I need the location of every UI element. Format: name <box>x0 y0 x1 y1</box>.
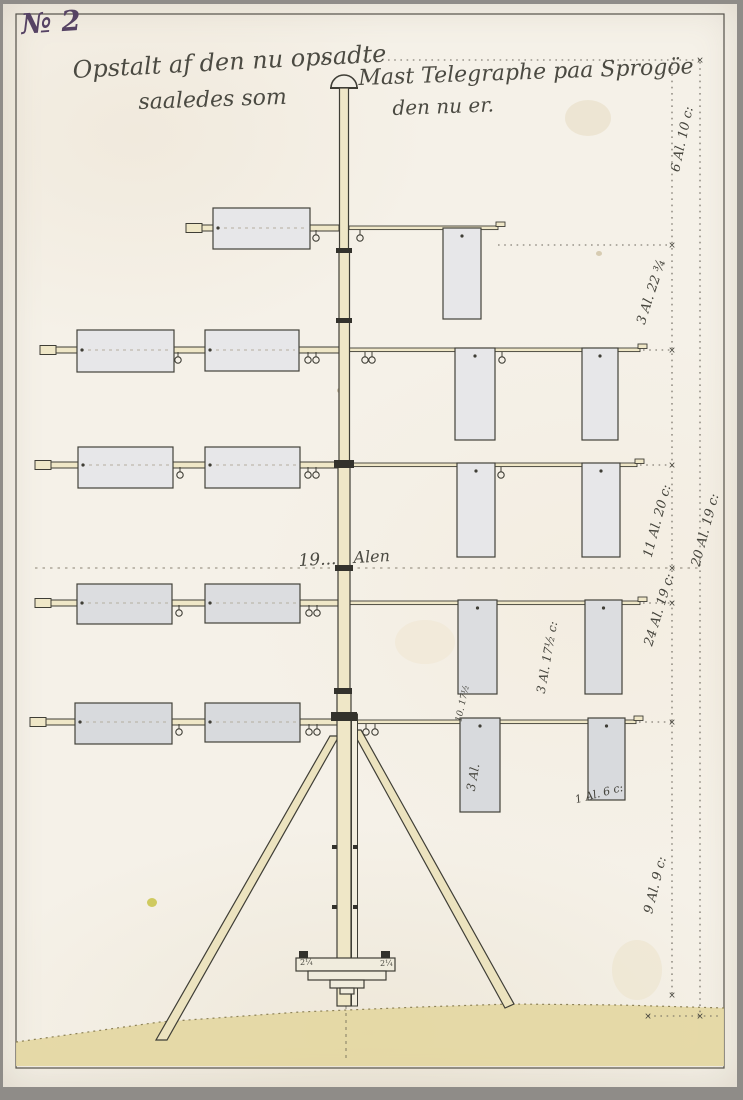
base-block <box>299 951 308 958</box>
halyard-ring <box>314 729 320 735</box>
board-pivot-dot <box>473 354 476 357</box>
crossarm-left-tip-level-2 <box>40 346 56 355</box>
title-line2-left: saaledes som <box>138 85 287 115</box>
signal-board-hanging <box>585 600 622 694</box>
sheet-number: № 2 <box>20 4 82 41</box>
signal-board-hanging <box>457 463 495 557</box>
board-pivot-dot <box>80 348 83 351</box>
halyard-ring <box>313 472 319 478</box>
mast-iron-band <box>335 565 353 571</box>
halyard-ring <box>175 357 181 363</box>
measurement-annotation: 11 Al. 20 c: <box>641 483 675 559</box>
crossarm-right-hook-level-3 <box>635 459 644 464</box>
board-pivot-dot <box>599 469 602 472</box>
board-pivot-dot <box>602 606 605 609</box>
halyard-ring <box>306 729 312 735</box>
board-pivot-dot <box>598 354 601 357</box>
signal-board-horizontal <box>77 584 172 624</box>
mast-iron-band <box>334 688 352 694</box>
ground-wash <box>16 1004 724 1066</box>
mast-bracket <box>331 712 357 721</box>
board-pivot-dot <box>478 724 481 727</box>
mast-iron-band <box>336 318 352 323</box>
mast-iron-band <box>336 248 352 253</box>
support-leg-left <box>156 736 339 1040</box>
mast-iron-band <box>334 460 354 468</box>
board-pivot-dot <box>474 469 477 472</box>
measure-x-mark: × <box>668 718 676 728</box>
board-pivot-dot <box>605 724 608 727</box>
height-note-19: 19... <box>298 549 337 571</box>
measure-x-mark: × <box>668 461 676 471</box>
measure-x-mark: × <box>696 1012 704 1022</box>
board-pivot-dot <box>78 720 81 723</box>
base-foot <box>340 988 354 994</box>
signal-board-hanging <box>582 348 618 440</box>
measure-x-mark: × <box>668 346 676 356</box>
signal-board-horizontal <box>77 330 174 372</box>
halyard-ring <box>313 357 319 363</box>
board-pivot-dot <box>476 606 479 609</box>
halyard-ring <box>176 729 182 735</box>
measure-x-mark: × <box>696 56 704 66</box>
board-pivot-dot <box>208 601 211 604</box>
board-pivot-dot <box>81 463 84 466</box>
base-block <box>381 951 390 958</box>
signal-board-hanging <box>455 348 495 440</box>
halyard-ring <box>369 357 375 363</box>
halyard-ring <box>313 235 319 241</box>
measurement-annotation: 3 Al. 17½ c: <box>534 620 560 694</box>
base-foot <box>330 980 364 988</box>
title-line2-right: den nu er. <box>392 92 494 120</box>
halyard-ring <box>499 357 505 363</box>
signal-board-hanging <box>582 463 620 557</box>
crossarm-right-hook-level-4 <box>638 597 647 602</box>
crossarm-right-hook-level-2 <box>638 344 647 349</box>
base-mark-left: 2¼ <box>300 958 313 967</box>
halyard-ring <box>362 357 368 363</box>
measurement-annotation: 20 Al. 19 c: <box>688 492 722 569</box>
mast-shaft <box>339 252 350 465</box>
board-pivot-dot <box>460 234 463 237</box>
signal-board-hanging <box>443 228 481 319</box>
signal-board-horizontal <box>75 703 172 744</box>
mast-cleat <box>332 845 337 849</box>
height-note-alen: Alen <box>353 546 390 567</box>
board-pivot-dot <box>80 601 83 604</box>
board-pivot-dot <box>216 226 219 229</box>
measure-x-mark: × <box>668 991 676 1001</box>
base-step <box>308 971 386 980</box>
crossarm-left-tip-level-3 <box>35 461 51 470</box>
halyard-ring <box>363 729 369 735</box>
halyard-ring <box>305 472 311 478</box>
board-pivot-dot <box>208 463 211 466</box>
measure-x-mark: × <box>668 241 676 251</box>
crossarm-right-hook-level-1 <box>496 222 505 227</box>
photographed-drawing: ××××××××××6 Al. 10 c:3 Al. 22 ¾11 Al. 20… <box>0 0 743 1100</box>
halyard-ring <box>498 472 504 478</box>
mast-shaft <box>340 88 349 252</box>
crossarm-left-tip-level-1 <box>186 224 202 233</box>
halyard-ring <box>306 610 312 616</box>
signal-board-hanging <box>458 600 497 694</box>
measurement-annotation: 9 Al. 9 c: <box>641 855 670 915</box>
mast-cleat <box>332 905 337 909</box>
measurement-annotation: 24 Al. 19 c: <box>641 572 678 649</box>
halyard-ring <box>314 610 320 616</box>
base-mark-right: 2¼ <box>380 959 393 968</box>
crossarm-left-tip-level-5 <box>30 718 46 727</box>
board-pivot-dot <box>208 348 211 351</box>
measurement-annotation: 3 Al. 22 ¾ <box>634 258 669 327</box>
halyard-ring <box>372 729 378 735</box>
halyard-ring <box>305 357 311 363</box>
crossarm-left-tip-level-4 <box>35 599 51 608</box>
halyard-ring <box>357 235 363 241</box>
crossarm-right-hook-level-5 <box>634 716 643 721</box>
halyard-ring <box>177 472 183 478</box>
signal-board-horizontal <box>78 447 173 488</box>
measure-x-mark: × <box>668 564 676 574</box>
measurement-annotation: 10. 17½ <box>453 684 472 723</box>
halyard-ring <box>176 610 182 616</box>
mast-cap-dome <box>331 75 357 88</box>
measurement-annotation: 6 Al. 10 c: <box>668 105 697 173</box>
mast-shaft <box>338 465 350 690</box>
mast-cleat <box>353 905 358 909</box>
board-pivot-dot <box>208 720 211 723</box>
measure-x-mark: × <box>644 1012 652 1022</box>
signal-board-horizontal <box>205 447 300 488</box>
mast-cleat <box>353 845 358 849</box>
